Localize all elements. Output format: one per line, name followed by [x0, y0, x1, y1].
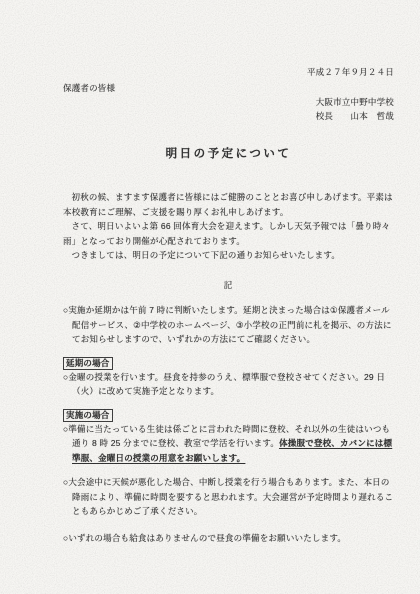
lunch-item: ○いずれの場合も給食はありませんので昼食の準備をお願いいたします。	[63, 531, 394, 546]
greeting-block: 初秋の候、ますます保護者に皆様にはご健勝のこととお喜び申しあげます。平素は本校教…	[63, 190, 394, 263]
held-item: ○準備に当たっている生徒は係ごとに言われた時間に登校、それ以外の生徒はいつも通り…	[63, 422, 394, 466]
postpone-section: 延期の場合	[63, 357, 394, 370]
issue-date: 平成２７年９月２４日	[63, 66, 394, 78]
addressee: 保護者の皆様	[63, 82, 394, 94]
greeting-paragraph: さて、明日いよいよ第 66 回体育大会を迎えます。しかし天気予報では「曇り時々雨…	[63, 219, 394, 248]
postpone-header: 延期の場合	[63, 357, 113, 370]
notice-content: 平成２７年９月２４日 保護者の皆様 大阪市立中野中学校 校長 山本 哲哉 明日の…	[0, 0, 420, 594]
scanned-notice-page: 平成２７年９月２４日 保護者の皆様 大阪市立中野中学校 校長 山本 哲哉 明日の…	[0, 0, 420, 594]
decision-item: ○実施か延期かは午前 7 時に判断いたします。延期と決まった場合は①保護者メール…	[63, 303, 394, 347]
document-title: 明日の予定について	[63, 147, 394, 161]
greeting-paragraph: つきましては、明日の予定について下記の通りお知らせいたします。	[63, 248, 394, 263]
school-name: 大阪市立中野中学校	[63, 96, 394, 110]
held-header: 実施の場合	[63, 409, 113, 422]
principal-line: 校長 山本 哲哉	[63, 110, 394, 124]
notice-items: ○実施か延期かは午前 7 時に判断いたします。延期と決まった場合は①保護者メール…	[63, 303, 394, 545]
record-marker: 記	[63, 278, 394, 293]
sender-block: 大阪市立中野中学校 校長 山本 哲哉	[63, 96, 394, 123]
greeting-paragraph: 初秋の候、ますます保護者に皆様にはご健勝のこととお喜び申しあげます。平素は本校教…	[63, 190, 394, 219]
held-section: 実施の場合	[63, 409, 394, 422]
weather-item: ○大会途中に天候が悪化した場合、中断し授業を行う場合もあります。また、本日の降雨…	[63, 475, 394, 519]
postpone-item: ○金曜の授業を行います。昼食を持参のうえ、標準服で登校させてください。29 日（…	[63, 370, 394, 399]
